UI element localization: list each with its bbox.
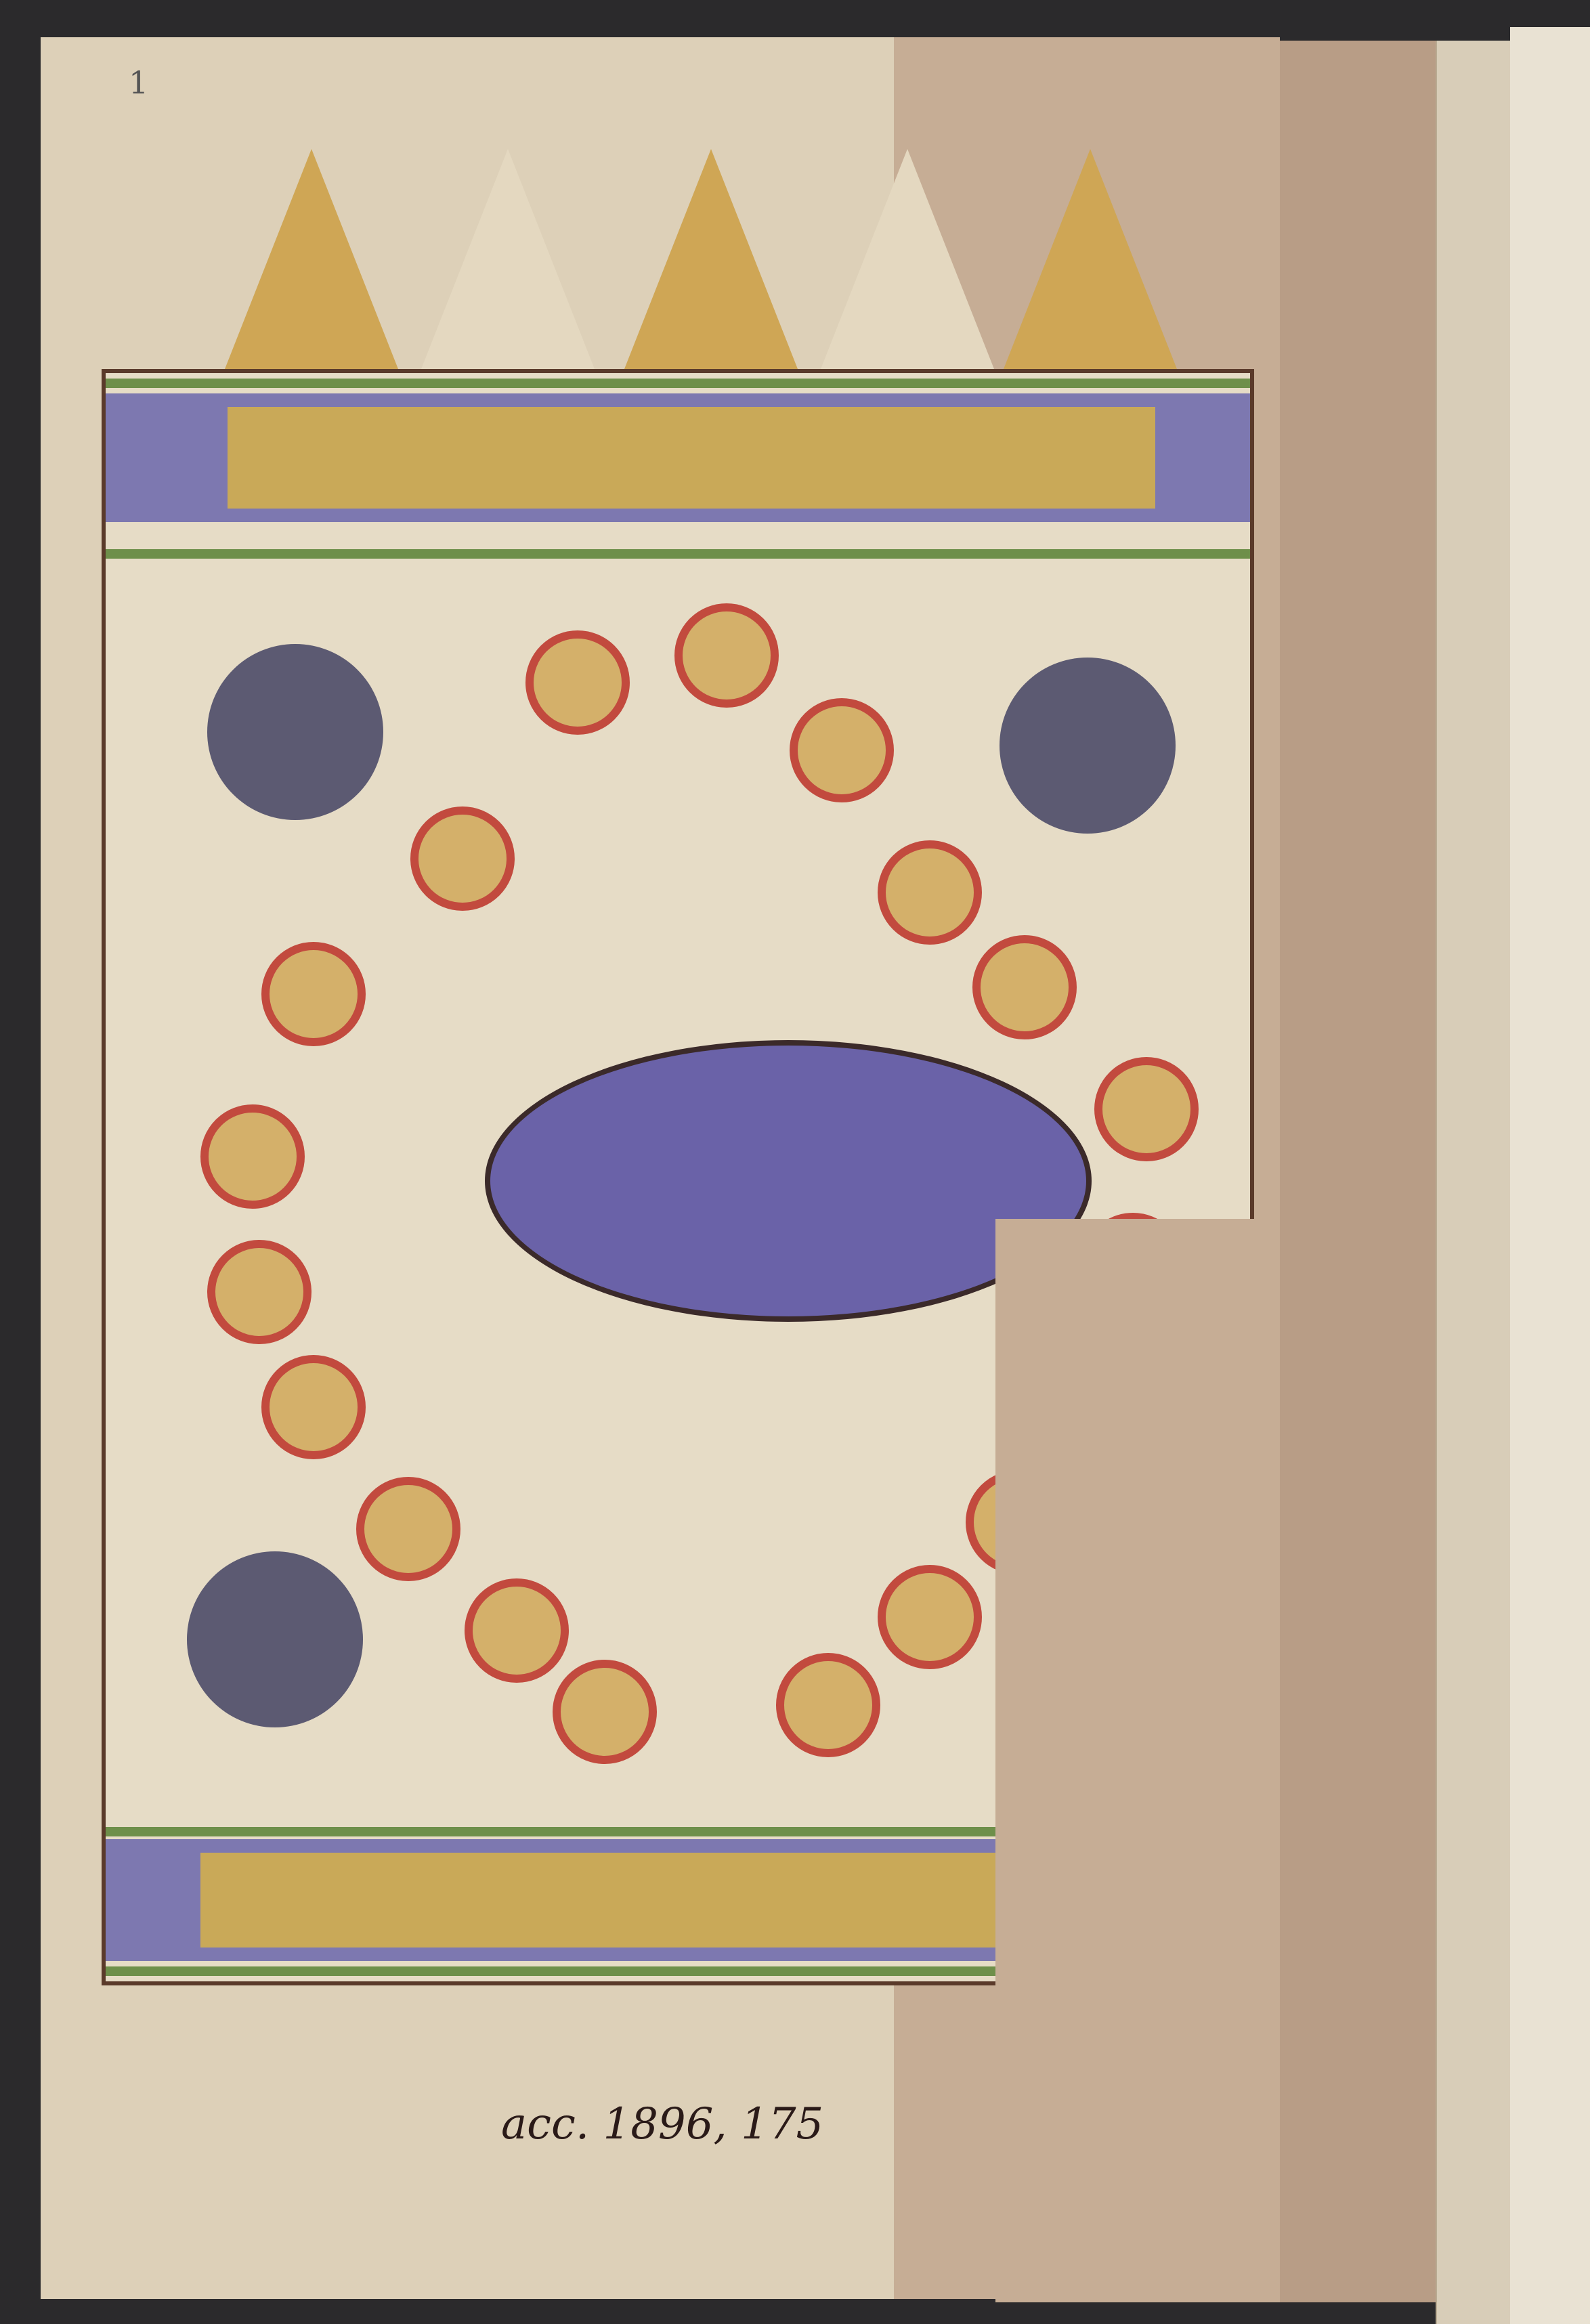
red-flower — [356, 1477, 460, 1581]
red-flower — [525, 630, 630, 735]
red-flower — [261, 942, 366, 1046]
red-flower — [674, 603, 779, 708]
red-flower — [465, 1578, 569, 1683]
green-border-line — [106, 549, 1250, 559]
accession-note: acc. 1896, 175 — [501, 2099, 823, 2149]
top-cartouche-band — [106, 393, 1250, 522]
red-flower — [878, 1565, 982, 1669]
red-flower — [207, 1240, 311, 1344]
red-flower — [553, 1660, 657, 1764]
blue-rosette — [187, 1551, 363, 1727]
gold-calligraphy-panel — [228, 407, 1155, 509]
page-edge-right — [1510, 27, 1590, 2324]
red-flower — [972, 935, 1077, 1039]
red-flower — [790, 698, 894, 802]
next-leaf-edge — [1436, 41, 1511, 2324]
red-flower — [410, 806, 515, 911]
folio-number: 1 — [129, 64, 148, 101]
red-flower — [261, 1355, 366, 1459]
red-flower — [1094, 1057, 1199, 1161]
torn-paper-loss — [995, 1219, 1280, 2302]
green-border-line — [106, 379, 1250, 388]
red-flower — [200, 1104, 305, 1209]
red-flower — [878, 840, 982, 945]
gold-calligraphy-panel — [200, 1853, 1006, 1948]
red-flower — [776, 1653, 880, 1757]
blue-rosette — [1000, 658, 1176, 834]
blue-rosette — [207, 644, 383, 820]
